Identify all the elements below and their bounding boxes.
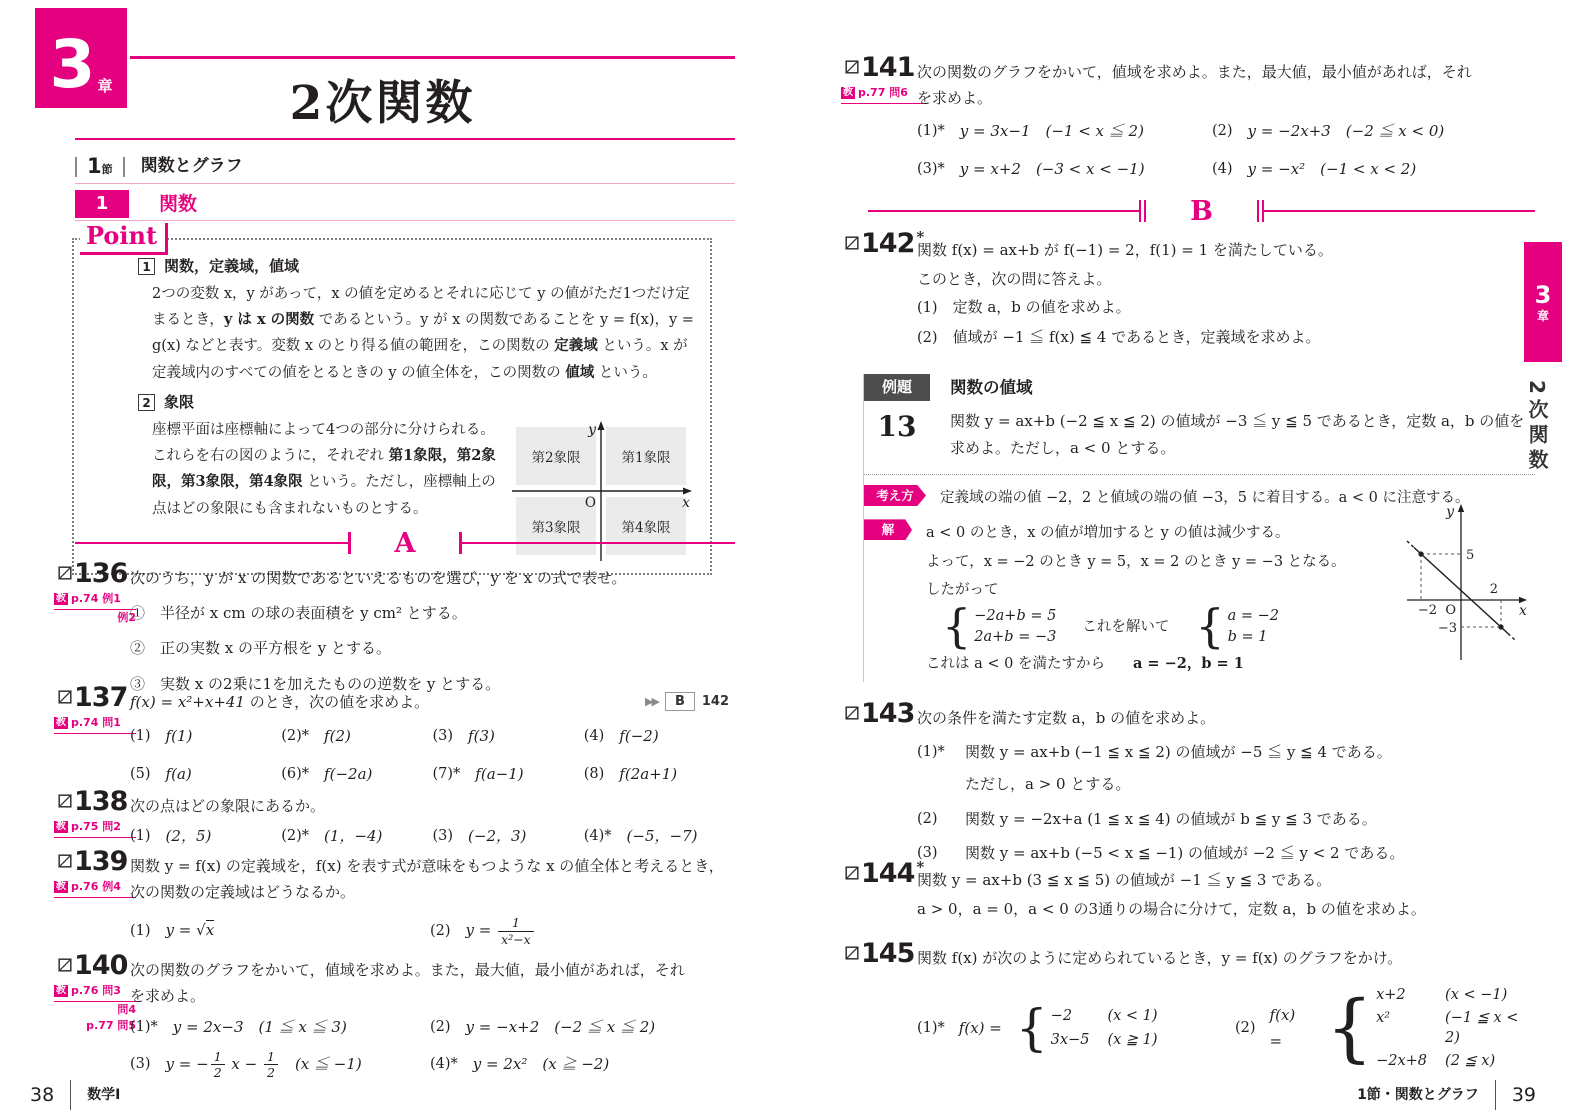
svg-text:x: x bbox=[1519, 603, 1527, 619]
level-b-box: B bbox=[665, 692, 695, 711]
problem-141: 141 教p.77 問6 次の関数のグラフをかいて，値域を求めよ。また，最大値，… bbox=[845, 54, 1535, 182]
problem-142: 142* 関数 f(x) = ax+b が f(−1) = 2，f(1) = 1… bbox=[845, 230, 1535, 352]
left-page: 3 章 2次関数 1節 関数とグラフ 1 関数 Point 1 関数，定義域，値… bbox=[30, 0, 735, 1118]
topic-number: 1 bbox=[75, 190, 129, 218]
problem-text: 次の点はどの象限にあるか。 bbox=[130, 794, 735, 820]
problem-item: ② 正の実数 x の平方根を y とする。 bbox=[130, 636, 735, 662]
checkbox-icon bbox=[58, 854, 72, 868]
problem-145: 145 関数 f(x) が次のように定められているとき，y = f(x) のグラ… bbox=[845, 940, 1535, 1072]
problem-number: 145 bbox=[861, 940, 914, 967]
problem-number: 144 bbox=[861, 860, 914, 887]
solution-graph: y 5 2 x −2 O −3 bbox=[1401, 502, 1531, 667]
problem-text: 次の条件を満たす定数 a，b の値を求めよ。 bbox=[917, 706, 1535, 732]
textbook-ref: 教p.74 問1 bbox=[54, 715, 136, 734]
textbook-ref: 教p.77 問6 bbox=[841, 85, 923, 104]
footer-divider bbox=[1495, 1080, 1496, 1110]
level-a-label: A bbox=[395, 530, 416, 557]
solution-label: 解 bbox=[864, 519, 912, 540]
chapter-rule bbox=[130, 56, 735, 59]
book-label: 数学Ⅰ bbox=[87, 1088, 120, 1102]
checkbox-icon bbox=[58, 958, 72, 972]
point-item1-title: 関数，定義域，値域 bbox=[164, 257, 299, 277]
problem-text: 次の関数のグラフをかいて，値域を求めよ。また，最大値，最小値があれば，それを求め… bbox=[130, 958, 690, 1009]
kyo-badge: 教 bbox=[54, 881, 68, 893]
textbook-ref: 教p.74 例1 例2 bbox=[54, 591, 136, 626]
problem-138: 138 教p.75 問2 次の点はどの象限にあるか。 (1)(2，5) (2)*… bbox=[58, 788, 735, 849]
svg-text:2: 2 bbox=[1490, 582, 1498, 597]
problem-number: 141 bbox=[861, 54, 914, 81]
section-title: 関数とグラフ bbox=[141, 158, 243, 175]
boxed-number-icon: 2 bbox=[138, 394, 155, 411]
problem-text: 関数 y = ax+b (3 ≦ x ≦ 5) の値域が −1 ≦ y ≦ 3 … bbox=[917, 866, 1535, 895]
footer-divider bbox=[70, 1080, 71, 1110]
problem-number: 140 bbox=[74, 952, 127, 979]
point-box: Point 1 関数，定義域，値域 2つの変数 x，y があって，x の値を定め… bbox=[72, 238, 712, 575]
problem-text: 関数 f(x) が次のように定められているとき，y = f(x) のグラフをかけ… bbox=[917, 946, 1535, 972]
topic-title: 関数 bbox=[159, 195, 197, 214]
problem-number: 136 bbox=[74, 560, 127, 587]
problem-text: 次のうち，y が x の関数であるといえるものを選び，y を x の式で表せ。 bbox=[130, 566, 735, 592]
approach-label: 考え方 bbox=[864, 485, 926, 506]
page-number-right: 39 bbox=[1512, 1086, 1536, 1105]
svg-text:y: y bbox=[587, 422, 597, 438]
problem-136: 136 教p.74 例1 例2 次のうち，y が x の関数であるといえるものを… bbox=[58, 560, 735, 697]
section-footer-label: 1節・関数とグラフ bbox=[1357, 1088, 1479, 1102]
problem-number: 137 bbox=[74, 684, 127, 711]
kyo-badge: 教 bbox=[54, 821, 68, 833]
chapter-title: 2次関数 bbox=[30, 66, 735, 133]
problem-item: (2) 値域が −1 ≦ f(x) ≦ 4 であるとき，定義域を求めよ。 bbox=[917, 323, 1535, 353]
checkbox-icon bbox=[845, 60, 859, 74]
example-title: 関数の値域 bbox=[950, 374, 1535, 401]
level-b-label: B bbox=[1190, 198, 1213, 225]
problem-text: このとき，次の問に答えよ。 bbox=[917, 265, 1535, 294]
divider-bar bbox=[123, 157, 125, 177]
point-item2-heading: 2 象限 bbox=[138, 393, 694, 413]
right-page: 141 教p.77 問6 次の関数のグラフをかいて，値域を求めよ。また，最大値，… bbox=[843, 0, 1535, 1118]
section-header: 1節 関数とグラフ bbox=[75, 150, 735, 184]
topic-heading: 1 関数 bbox=[75, 188, 735, 221]
worked-example-13: 例題 13 関数の値域 関数 y = ax+b (−2 ≦ x ≦ 2) の値域… bbox=[863, 374, 1535, 682]
kyo-badge: 教 bbox=[54, 593, 68, 605]
related-problem-link: ▶▶ B 142 bbox=[645, 692, 729, 711]
checkbox-icon bbox=[845, 706, 859, 720]
left-page-footer: 38 数学Ⅰ bbox=[30, 1080, 120, 1110]
point-item1-heading: 1 関数，定義域，値域 bbox=[138, 257, 694, 277]
svg-text:x: x bbox=[682, 495, 690, 511]
kyo-badge: 教 bbox=[841, 87, 855, 99]
divider-bar bbox=[75, 157, 77, 177]
checkbox-icon bbox=[58, 690, 72, 704]
svg-text:y: y bbox=[1445, 504, 1455, 520]
problem-number: 138 bbox=[74, 788, 127, 815]
approach-text: 定義域の端の値 −2，2 と値域の端の値 −3，5 に着目する。a < 0 に注… bbox=[940, 485, 1469, 511]
problem-number: 143 bbox=[861, 700, 914, 727]
problem-text: a > 0，a = 0，a < 0 の3通りの場合に分けて，定数 a，b の値を… bbox=[917, 895, 1535, 924]
svg-text:−3: −3 bbox=[1438, 621, 1457, 636]
checkbox-icon bbox=[58, 794, 72, 808]
problem-text: 関数 y = f(x) の定義域を，f(x) を表す式が意味をもつような x の… bbox=[130, 854, 735, 905]
textbook-ref: 教p.76 問3 問4 p.77 問5 bbox=[54, 983, 136, 1035]
problem-text: 関数 f(x) = ax+b が f(−1) = 2，f(1) = 1 を満たし… bbox=[917, 236, 1535, 265]
point-item1-body: 2つの変数 x，y があって，x の値を定めるとそれに応じて y の値がただ1つ… bbox=[152, 281, 694, 387]
section-number: 1節 bbox=[87, 156, 113, 177]
right-page-footer: 1節・関数とグラフ 39 bbox=[1357, 1080, 1536, 1110]
svg-text:5: 5 bbox=[1466, 548, 1474, 563]
chapter-side-tab: 3 章 bbox=[1524, 242, 1562, 362]
example-body: 関数 y = ax+b (−2 ≦ x ≦ 2) の値域が −3 ≦ y ≦ 5… bbox=[950, 408, 1525, 462]
point-item2-title: 象限 bbox=[164, 393, 194, 413]
kyo-badge: 教 bbox=[54, 985, 68, 997]
problem-143: 143 次の条件を満たす定数 a，b の値を求めよ。 (1)* 関数 y = a… bbox=[845, 700, 1535, 867]
problem-item: ① 半径が x cm の球の表面積を y cm² とする。 bbox=[130, 601, 735, 627]
problem-number: 142 bbox=[861, 230, 914, 257]
title-rule bbox=[75, 138, 735, 140]
problem-number: 139 bbox=[74, 848, 127, 875]
svg-text:O: O bbox=[585, 495, 596, 511]
svg-text:第1象限: 第1象限 bbox=[621, 450, 671, 466]
problem-139: 139 教p.76 例4 関数 y = f(x) の定義域を，f(x) を表す式… bbox=[58, 848, 735, 947]
checkbox-icon bbox=[58, 566, 72, 580]
dashed-separator bbox=[864, 474, 1535, 475]
problem-140: 140 教p.76 問3 問4 p.77 問5 次の関数のグラフをかいて，値域を… bbox=[58, 952, 735, 1081]
page-number-left: 38 bbox=[30, 1086, 54, 1105]
checkbox-icon bbox=[845, 236, 859, 250]
problem-144: 144* 関数 y = ax+b (3 ≦ x ≦ 5) の値域が −1 ≦ y… bbox=[845, 860, 1535, 925]
checkbox-icon bbox=[845, 946, 859, 960]
textbook-ref: 教p.76 例4 bbox=[54, 879, 136, 898]
level-a-divider: A bbox=[75, 529, 735, 557]
checkbox-icon bbox=[845, 866, 859, 880]
svg-text:O: O bbox=[1445, 603, 1456, 618]
kyo-badge: 教 bbox=[54, 717, 68, 729]
point-label: Point bbox=[80, 223, 168, 255]
level-b-divider: B bbox=[868, 197, 1535, 225]
svg-text:第2象限: 第2象限 bbox=[531, 450, 581, 466]
double-arrow-icon: ▶▶ bbox=[645, 696, 658, 707]
solution-body: a < 0 のとき，x の値が増加すると y の値は減少する。 よって，x = … bbox=[926, 519, 1346, 677]
related-problem-number: 142 bbox=[702, 695, 729, 708]
textbook-ref: 教p.75 問2 bbox=[54, 819, 136, 838]
svg-text:−2: −2 bbox=[1418, 603, 1437, 618]
boxed-number-icon: 1 bbox=[138, 258, 155, 275]
example-number: 13 bbox=[878, 413, 917, 441]
problem-137: 137 教p.74 問1 f(x) = x²+x+41 のとき，次の値を求めよ。… bbox=[58, 684, 735, 788]
chapter-side-title: 2次関数 bbox=[1527, 380, 1547, 474]
example-badge: 例題 bbox=[864, 374, 930, 401]
problem-text: 次の関数のグラフをかいて，値域を求めよ。また，最大値，最小値があれば，それを求め… bbox=[917, 60, 1477, 111]
problem-item: (1) 定数 a，b の値を求めよ。 bbox=[917, 293, 1535, 323]
